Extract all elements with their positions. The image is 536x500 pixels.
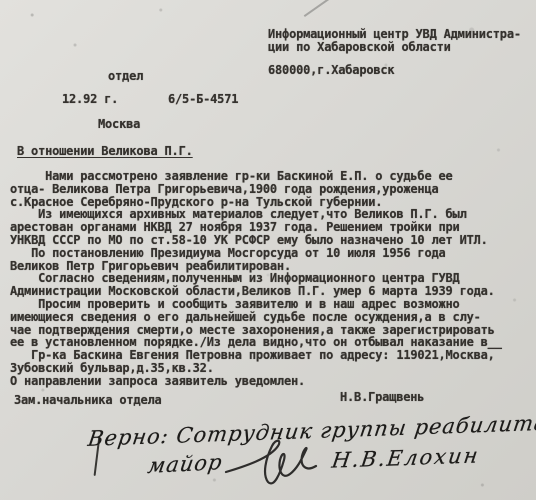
certifier-rank: майор [146,450,224,478]
body-line: УНКВД СССР по МО по ст.58-10 УК РСФСР ем… [10,234,530,247]
body-line: отца- Великова Петра Григорьевича,1900 г… [10,183,530,196]
body-line: О направлении запроса заявитель уведомле… [10,375,530,388]
recipient-postal-line: 680000,г.Хабаровск [268,64,394,77]
signoff-title: Зам.начальника отдела [14,394,162,407]
document-page: Информационный центр УВД Администра-ции … [0,0,536,500]
recipient-line-2: ции по Хабаровской области [268,40,451,54]
subject-line: В отношении Великова П.Г. [17,145,193,158]
city-label: Москва [98,118,140,131]
body-line: Нами рассмотрено заявление гр-ки Баскино… [10,170,530,183]
certifier-name: Н.В.Елохин [330,443,481,472]
body-line: По постановлению Президиума Мосгорсуда о… [10,247,530,260]
date-label: 12.92 г. [62,93,118,106]
scan-scratch-mark [304,0,343,17]
body-line: Зубовский бульвар,д.35,кв.32. [10,362,530,375]
recipient-block: Информационный центр УВД Администра-ции … [268,28,521,54]
reference-number: 6/5-Б-4571 [168,93,238,106]
body-line: имеющиеся сведения о его дальнейшей судь… [10,311,530,324]
signoff-name: Н.В.Гращвень [340,391,424,404]
document-body: Нами рассмотрено заявление гр-ки Баскино… [10,170,530,388]
department-label: отдел [108,70,143,83]
body-line: Просим проверить и сообщить заявителю и … [10,298,530,311]
signature-mark [222,430,332,490]
